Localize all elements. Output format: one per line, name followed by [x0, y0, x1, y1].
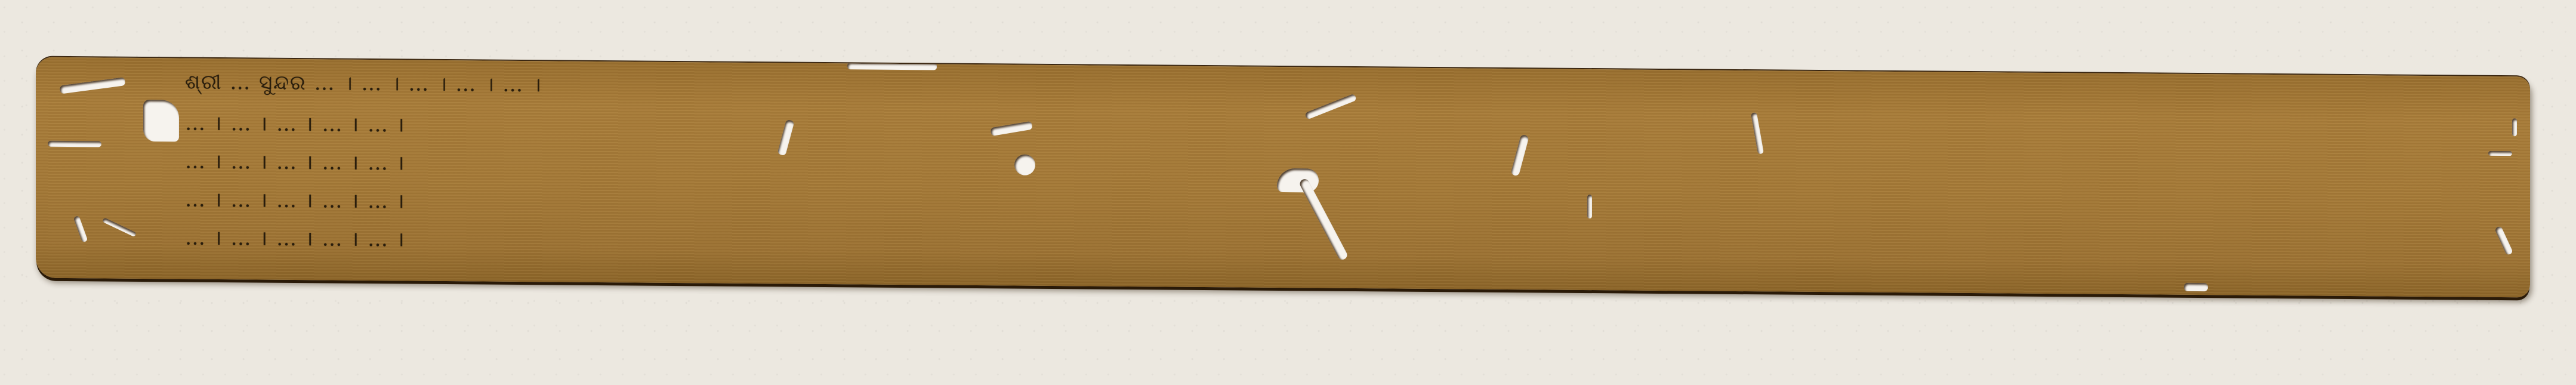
damage-hole — [60, 77, 126, 94]
damage-hole — [48, 141, 101, 147]
damage-hole — [1587, 195, 1592, 218]
manuscript-text-block: ଶ୍ରୀ … ସୁନ୍ଦର … । … । … । … । … । … । … … — [185, 70, 2464, 279]
damage-hole — [1014, 154, 1035, 175]
damage-hole — [2184, 283, 2208, 291]
damage-hole — [102, 217, 137, 237]
damage-hole — [143, 100, 179, 141]
palm-leaf-manuscript: ଶ୍ରୀ … ସୁନ୍ଦର … । … । … । … । … । … । … … — [36, 57, 2530, 298]
damage-hole — [2488, 151, 2512, 156]
damage-hole — [2512, 118, 2517, 136]
damage-hole — [73, 215, 88, 243]
damage-hole — [2494, 226, 2513, 255]
damage-hole — [847, 62, 937, 70]
